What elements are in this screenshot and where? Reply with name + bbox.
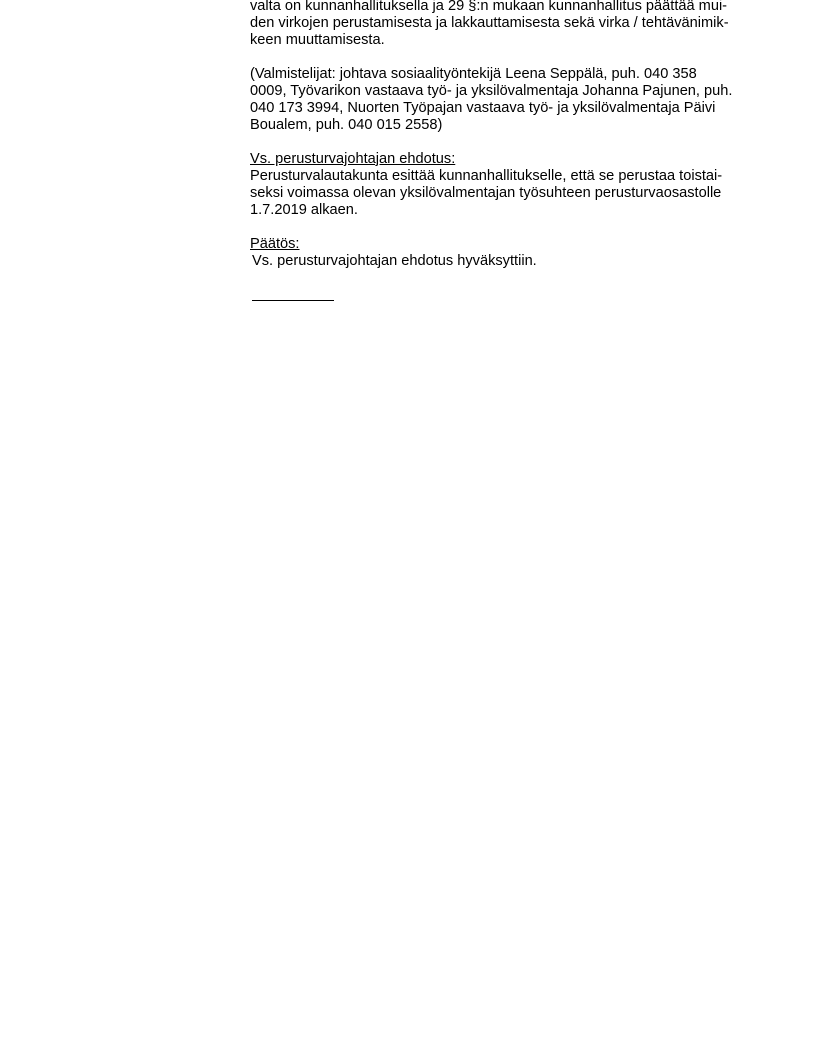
text-line: seksi voimassa olevan yksilövalmentajan … xyxy=(250,185,750,202)
preparers-paragraph: (Valmistelijat: johtava sosiaalityönteki… xyxy=(250,66,750,134)
text-line: 0009, Työvarikon vastaava työ- ja yksilö… xyxy=(250,83,750,100)
text-line: Perusturvalautakunta esittää kunnanhalli… xyxy=(250,168,750,185)
paragraph-spacer xyxy=(250,219,750,236)
paragraph-spacer xyxy=(250,270,750,287)
text-line: Boualem, puh. 040 015 2558) xyxy=(250,117,750,134)
signature-divider xyxy=(252,300,334,301)
text-line: den virkojen perustamisesta ja lakkautta… xyxy=(250,15,750,32)
paragraph-spacer xyxy=(250,134,750,151)
text-line: 1.7.2019 alkaen. xyxy=(250,202,750,219)
intro-paragraph: valta on kunnanhallituksella ja 29 §:n m… xyxy=(250,0,750,49)
document-page: valta on kunnanhallituksella ja 29 §:n m… xyxy=(250,0,750,301)
text-line: valta on kunnanhallituksella ja 29 §:n m… xyxy=(250,0,750,15)
text-line: (Valmistelijat: johtava sosiaalityönteki… xyxy=(250,66,750,83)
paragraph-spacer xyxy=(250,49,750,66)
text-line: 040 173 3994, Nuorten Työpajan vastaava … xyxy=(250,100,750,117)
decision-heading: Päätös: xyxy=(250,236,750,253)
decision-text: Vs. perusturvajohtajan ehdotus hyväksytt… xyxy=(250,253,750,270)
decision-section: Päätös: Vs. perusturvajohtajan ehdotus h… xyxy=(250,236,750,270)
proposal-section: Vs. perusturvajohtajan ehdotus: Perustur… xyxy=(250,151,750,219)
proposal-heading: Vs. perusturvajohtajan ehdotus: xyxy=(250,151,750,168)
text-line: keen muuttamisesta. xyxy=(250,32,750,49)
